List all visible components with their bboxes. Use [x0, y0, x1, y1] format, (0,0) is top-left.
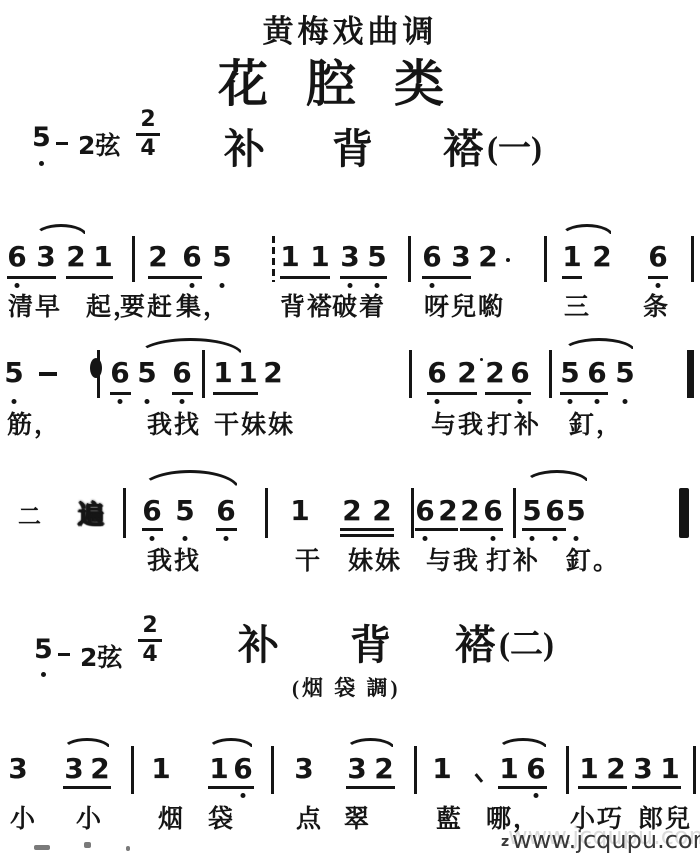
note: 1 — [562, 242, 581, 272]
beam-underline — [213, 392, 258, 395]
lyric: 小 — [76, 799, 103, 835]
beam-underline — [422, 276, 471, 279]
slur — [137, 338, 244, 356]
barline — [202, 350, 205, 398]
note: 6 — [216, 496, 235, 526]
lyric: 与我 — [426, 541, 480, 577]
note: 3 — [8, 754, 27, 784]
note: 1 — [213, 358, 232, 388]
lyric: 妹妹 — [348, 541, 402, 577]
lyric: 我找 — [147, 405, 201, 441]
barline — [409, 350, 412, 398]
note: 2 — [148, 242, 167, 272]
note: 2 — [342, 496, 361, 526]
beam-underline — [415, 528, 458, 531]
note: 2 — [460, 496, 479, 526]
note: 1 — [151, 754, 170, 784]
note: 5 — [137, 358, 156, 388]
octave-dot — [241, 793, 246, 798]
barline — [131, 746, 134, 794]
barline — [693, 746, 696, 794]
note: 1 — [209, 754, 228, 784]
score: 63212651135632126清早起，要赶集，背褡破着呀兒喲三条565611… — [0, 0, 700, 856]
barline — [544, 236, 547, 282]
octave-dot — [145, 399, 150, 404]
note: 2 — [478, 242, 497, 272]
print-artifact — [34, 845, 50, 850]
note: 6 — [526, 754, 545, 784]
octave-dot — [568, 399, 573, 404]
lyric: 三 — [564, 287, 591, 323]
lyric: 要赶 — [120, 287, 174, 323]
slur — [562, 338, 636, 352]
note: 1 — [432, 754, 451, 784]
note: 3 — [36, 242, 55, 272]
lyric: 打补 — [486, 541, 540, 577]
note: 6 — [142, 496, 161, 526]
note: 2 — [90, 754, 109, 784]
slur — [524, 470, 590, 484]
slur — [140, 470, 240, 490]
lyric: 烟 — [158, 799, 185, 835]
lyric: 清早 — [8, 287, 62, 323]
lyric: 打补 — [487, 405, 541, 441]
note: 5 — [522, 496, 541, 526]
lyric: 与我 — [431, 405, 485, 441]
beam-underline — [280, 276, 330, 279]
note: 6 — [7, 242, 26, 272]
beam-underline — [346, 786, 395, 789]
octave-dot — [595, 399, 600, 404]
octave-dot — [180, 399, 185, 404]
barline — [513, 488, 516, 538]
note: 6 — [422, 242, 441, 272]
octave-dot — [623, 399, 628, 404]
barline — [679, 488, 689, 538]
lyric: 我找 — [147, 541, 201, 577]
watermark-prefix: z — [501, 834, 509, 850]
beam-underline — [578, 786, 627, 789]
beam-underline — [148, 276, 202, 279]
beam-underline — [340, 534, 394, 537]
barline — [549, 350, 552, 398]
note: 2 — [457, 358, 476, 388]
lyric: 釘， — [569, 405, 623, 441]
print-mark — [90, 358, 102, 378]
lyric: 破着 — [332, 287, 386, 323]
note: 2 — [485, 358, 504, 388]
beam-underline — [632, 786, 681, 789]
barline — [687, 350, 694, 398]
lyric: 袋 — [208, 799, 235, 835]
lyric: 条 — [643, 287, 670, 323]
octave-dot — [435, 399, 440, 404]
note: 1 — [660, 754, 679, 784]
lyric: 小 — [10, 799, 37, 835]
repeat-label: 二 — [18, 498, 41, 531]
note: 1 — [93, 242, 112, 272]
beam-underline — [63, 786, 111, 789]
repeat-label: 遍 — [78, 494, 104, 531]
note: 6 — [545, 496, 564, 526]
note: 1 — [238, 358, 257, 388]
barline — [271, 746, 274, 794]
beam-underline — [427, 392, 477, 395]
lyric: 点 — [296, 799, 323, 835]
note: 1 — [579, 754, 598, 784]
print-artifact — [84, 842, 91, 848]
note: 2 — [263, 358, 282, 388]
beam-underline — [340, 276, 387, 279]
note: 6 — [182, 242, 201, 272]
note: 2 — [438, 496, 457, 526]
note: 1 — [499, 754, 518, 784]
note: 2 — [592, 242, 611, 272]
note: 6 — [587, 358, 606, 388]
beam-underline — [142, 528, 163, 531]
barline — [123, 488, 126, 538]
print-mark — [480, 358, 483, 361]
beam-underline — [172, 392, 193, 395]
note: 1 — [280, 242, 299, 272]
note: 5 — [212, 242, 231, 272]
note: 6 — [233, 754, 252, 784]
note: 2 — [66, 242, 85, 272]
lyric: 翠 — [344, 799, 371, 835]
barline — [265, 488, 268, 538]
slur — [345, 738, 396, 750]
octave-dot — [518, 399, 523, 404]
beam-underline — [340, 528, 394, 531]
lyric: 干 — [295, 541, 322, 577]
beam-underline — [648, 276, 668, 279]
note: 6 — [110, 358, 129, 388]
note: 3 — [451, 242, 470, 272]
beam-underline — [66, 276, 113, 279]
print-mark — [506, 258, 510, 262]
octave-dot — [534, 793, 539, 798]
sheet-music-page: 黄梅戏曲调 花 腔 类 5 2弦 24 补 背 褡 (一) 5 2弦 24 补 … — [0, 0, 700, 856]
lyric: 釘。 — [566, 541, 620, 577]
beam-underline — [562, 276, 582, 279]
octave-dot — [118, 399, 123, 404]
lyric: 藍 — [436, 799, 463, 835]
note: 1 — [290, 496, 309, 526]
barline — [691, 236, 694, 282]
print-mark — [474, 771, 485, 783]
lyric: 集， — [176, 287, 230, 323]
lyric: 筋， — [7, 405, 61, 441]
lyric: 干妹妹 — [214, 405, 295, 441]
note: 6 — [648, 242, 667, 272]
beam-underline — [460, 528, 503, 531]
lyric: 呀兒喲 — [424, 287, 505, 323]
slur — [560, 224, 614, 237]
note: 5 — [615, 358, 634, 388]
octave-dot — [224, 536, 229, 541]
octave-dot — [553, 536, 558, 541]
barline — [566, 746, 569, 794]
note: 5 — [566, 496, 585, 526]
note: 6 — [510, 358, 529, 388]
note: 6 — [415, 496, 434, 526]
note: 2 — [606, 754, 625, 784]
note: 3 — [340, 242, 359, 272]
note: 5 — [367, 242, 386, 272]
note: 6 — [172, 358, 191, 388]
barline — [272, 236, 275, 282]
note: 2 — [372, 496, 391, 526]
slur — [62, 738, 112, 750]
slur — [34, 224, 88, 237]
note: 5 — [560, 358, 579, 388]
beam-underline — [485, 392, 531, 395]
beam-underline — [498, 786, 547, 789]
barline — [132, 236, 135, 282]
note: 3 — [347, 754, 366, 784]
note: 5 — [175, 496, 194, 526]
note: 6 — [427, 358, 446, 388]
barline — [414, 746, 417, 794]
barline — [408, 236, 411, 282]
note: 2 — [374, 754, 393, 784]
note: 5 — [4, 358, 23, 388]
watermark: www.jcqupu.com — [512, 826, 700, 854]
note: 3 — [294, 754, 313, 784]
print-artifact — [126, 846, 130, 851]
barline — [411, 488, 414, 538]
beam-underline — [560, 392, 608, 395]
beam-underline — [110, 392, 131, 395]
octave-dot — [12, 399, 17, 404]
note: 6 — [483, 496, 502, 526]
slur — [497, 738, 549, 750]
beam-underline — [216, 528, 237, 531]
beam-underline — [7, 276, 56, 279]
note: 3 — [633, 754, 652, 784]
slur — [207, 738, 255, 750]
note: 3 — [64, 754, 83, 784]
beam-underline — [208, 786, 254, 789]
beam-underline — [522, 528, 566, 531]
sustain-dash — [39, 372, 57, 376]
note: 1 — [310, 242, 329, 272]
lyric: 背褡 — [280, 287, 334, 323]
